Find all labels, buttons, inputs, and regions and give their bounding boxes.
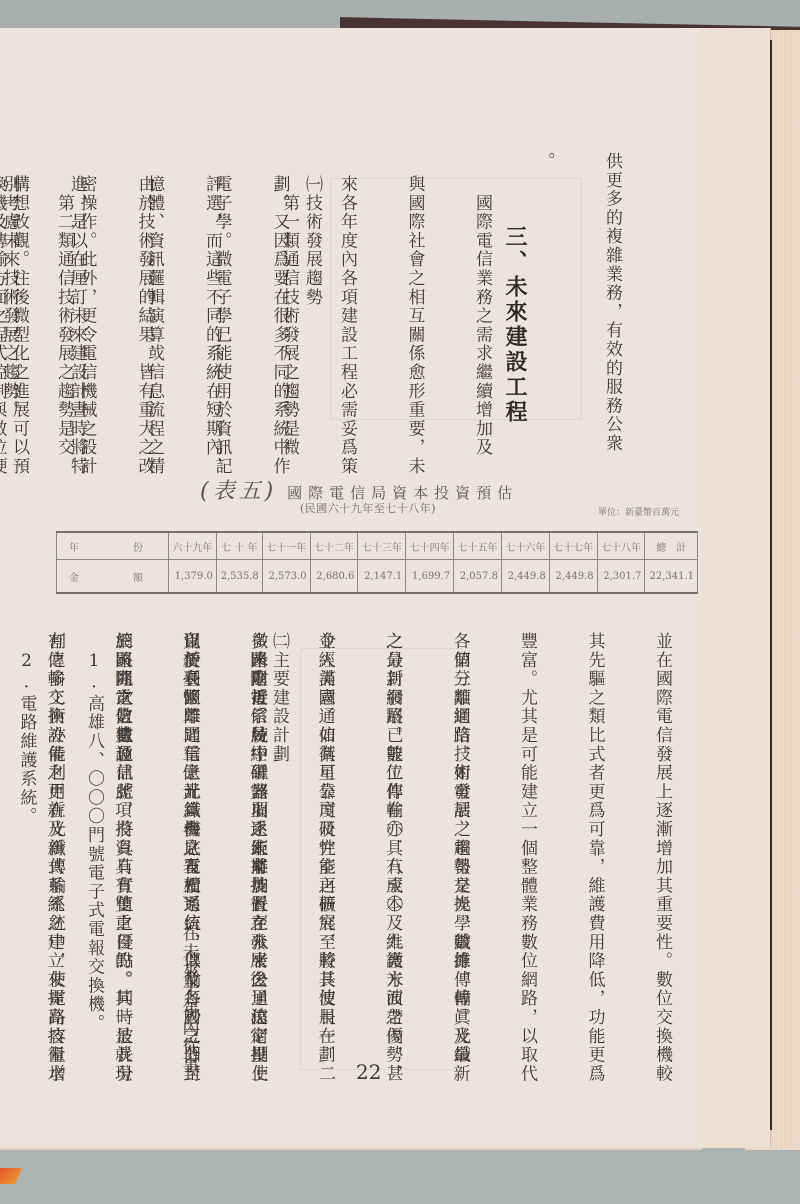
capital-investment-table: 年 份 六十九年 七 十 年 七十一年 七十二年 七十三年 七十四年 七十五年 …: [56, 531, 698, 594]
table-cell: 2,573.0: [262, 560, 310, 594]
text-line: 國際電信業務之需求繼續增加及: [471, 175, 494, 445]
table-cell: 2,147.1: [358, 560, 406, 594]
text-line: 資新臺幣二二三億元（參見表五），在未來十年內從事: [177, 632, 200, 1052]
text-line: 與國際社會之相互關係愈形重要，未: [403, 175, 426, 445]
text-line: 其先驅之類比式者更爲可靠，維護費用降低，功能更爲: [583, 632, 606, 1052]
column-header: 七 十 年: [216, 532, 262, 560]
column-header: 七十二年: [310, 532, 358, 560]
header-year-label: 年 份: [57, 532, 169, 560]
row-amount-label: 金 額: [57, 560, 169, 594]
text-line: 之最新發展已能工作在〇．八至〇．九微米波帶內，甚: [381, 632, 404, 1052]
column-header: 六十九年: [169, 532, 217, 560]
table-row: 金 額 1,379.0 2,535.8 2,573.0 2,680.6 2,14…: [57, 560, 698, 594]
table-cell: 1,699.7: [406, 560, 454, 594]
text-line: 豐富。尤其是可能建立一個整體業務數位網路，以取代: [516, 632, 539, 1052]
construction-list: 1.高雄八、〇〇〇門號電子式電報交換機。 2.電路維護系統。: [0, 632, 150, 1052]
column-header-total: 總 計: [645, 532, 698, 560]
background-bottom: [0, 1150, 800, 1204]
text-line: 電子學。微電子學已能使用於資訊記: [210, 175, 233, 445]
table-period: (民國六十九年至七十八年): [300, 500, 436, 516]
table-caption-handwritten: (表五): [200, 479, 277, 504]
text-line: 第一類通信技術發展之趨勢是微: [278, 175, 301, 445]
list-item: 1.高雄八、〇〇〇門號電子式電報交換機。: [83, 632, 106, 1052]
column-header: 七十八年: [597, 532, 645, 560]
table-cell: 2,449.8: [501, 560, 549, 594]
column-header: 七十四年: [406, 532, 454, 560]
column-header: 七十五年: [454, 532, 502, 560]
list-item: 2.電路維護系統。: [15, 632, 38, 1052]
text-line: 國際電信局經研究上述未來技術之發展後，決定投: [245, 632, 268, 1052]
table-cell: 2,535.8: [216, 560, 262, 594]
table-cell: 2,680.6: [310, 560, 358, 594]
text-line: 供更多的複雜業務，有效的服務公衆: [601, 152, 624, 442]
column-header: 七十三年: [358, 532, 406, 560]
page-stack-line: [770, 40, 772, 1130]
page-number: 22: [356, 1060, 381, 1084]
table-cell: 1,379.0: [169, 560, 217, 594]
column-header: 七十六年: [501, 532, 549, 560]
table-cell: 2,301.7: [597, 560, 645, 594]
text-line: 憶體、資訊邏輯演算或信息流程之精: [143, 175, 166, 445]
text-line: 換機及傳輸方面之程式控制與數位硬: [0, 175, 8, 445]
paragraph-3: 第二類通信技術發展之趨勢是交 換機及傳輸方面之程式控制與數位硬 體之影響。這類技…: [0, 175, 120, 445]
table-cell-total: 22,341.1: [645, 560, 698, 594]
column-header: 七十一年: [262, 532, 310, 560]
column-header: 七十七年: [549, 532, 597, 560]
text-line: 第三類通信技術發展之趨勢是光學纖維傳輸。光纖: [449, 632, 472, 1052]
table-cell: 2,449.8: [549, 560, 597, 594]
table-unit: 單位：新臺幣百萬元: [598, 505, 679, 518]
table-header-row: 年 份 六十九年 七 十 年 七十一年 七十二年 七十三年 七十四年 七十五年 …: [57, 532, 698, 560]
table-cell: 2,057.8: [454, 560, 502, 594]
text-line: 並在國際電信發展上逐漸增加其重要性。數位交換機較: [651, 632, 674, 1052]
text-line: 第二類通信技術發展之趨勢是交: [53, 175, 76, 445]
